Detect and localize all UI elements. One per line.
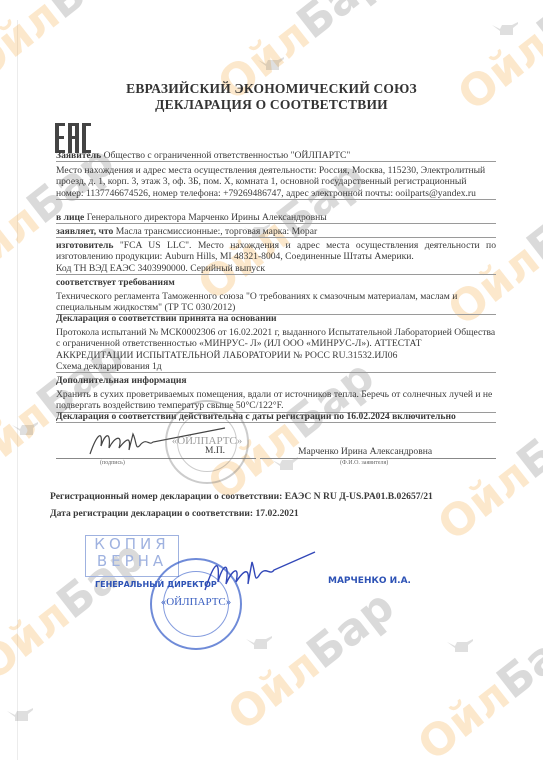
basis-label: Декларация о соответствии принята на осн… bbox=[56, 313, 496, 324]
registration-number: Регистрационный номер декларации о соотв… bbox=[50, 491, 510, 502]
additional-label: Дополнительная информация bbox=[56, 375, 496, 386]
applicant-row: Заявитель Общество с ограниченной ответс… bbox=[56, 150, 496, 162]
margin-line bbox=[17, 20, 18, 760]
represented-row: в лице Генерального директора Марченко И… bbox=[56, 212, 496, 224]
oil-can-icon bbox=[445, 637, 475, 653]
director-name: МАРЧЕНКО И.А. bbox=[328, 576, 411, 586]
oil-can-icon bbox=[10, 420, 40, 436]
declaration-scheme: Схема декларирования 1д bbox=[56, 361, 496, 373]
applicant-label: Заявитель bbox=[56, 150, 101, 161]
applicant-name: Марченко Ирина Александровна bbox=[298, 446, 432, 457]
declaration-document: ОйлБар ОйлБар ОйлБар ОйлБар ОйлБар ОйлБа… bbox=[0, 0, 543, 768]
declares-row: заявляет, что Масла трансмиссионные:, то… bbox=[56, 226, 496, 238]
basis-value: Протокола испытаний № МСК0002306 от 16.0… bbox=[56, 327, 496, 361]
oil-can-icon bbox=[5, 706, 35, 722]
watermark: ОйлБар bbox=[0, 0, 144, 91]
name-caption: (Ф.И.О. заявителя) bbox=[340, 460, 388, 466]
signature-caption: (подпись) bbox=[100, 460, 125, 466]
oil-can-icon bbox=[244, 634, 274, 650]
additional-value: Хранить в сухих проветриваемых помещения… bbox=[56, 389, 496, 413]
requirements-value: Технического регламента Таможенного союз… bbox=[56, 291, 496, 315]
address-row: Место нахождения и адрес места осуществл… bbox=[56, 165, 496, 200]
union-title: ЕВРАЗИЙСКИЙ ЭКОНОМИЧЕСКИЙ СОЮЗ bbox=[0, 81, 543, 97]
watermark: ОйлБар bbox=[409, 611, 543, 768]
manufacturer-row: изготовитель "FCA US LLC". Место нахожде… bbox=[56, 240, 496, 263]
oil-can-icon bbox=[490, 20, 520, 36]
director-signature bbox=[200, 548, 320, 593]
requirements-label: соответствует требованиям bbox=[56, 277, 496, 288]
validity-statement: Декларация о соответствии действительна … bbox=[56, 411, 496, 423]
applicant-value: Общество с ограниченной ответственностью… bbox=[104, 150, 351, 161]
watermark: ОйлБар bbox=[219, 581, 404, 741]
company-seal: «ОЙЛПАРТС» bbox=[165, 400, 249, 484]
oil-can-icon bbox=[256, 55, 286, 71]
document-title: ДЕКЛАРАЦИЯ О СООТВЕТСТВИИ bbox=[0, 97, 543, 113]
tn-ved-code: Код ТН ВЭД ЕАЭС 3403990000. Серийный вып… bbox=[56, 263, 496, 275]
eac-logo bbox=[55, 123, 91, 153]
stamp-place: М.П. bbox=[205, 446, 225, 456]
name-line bbox=[260, 458, 496, 459]
registration-date: Дата регистрации декларации о соответств… bbox=[50, 508, 510, 519]
